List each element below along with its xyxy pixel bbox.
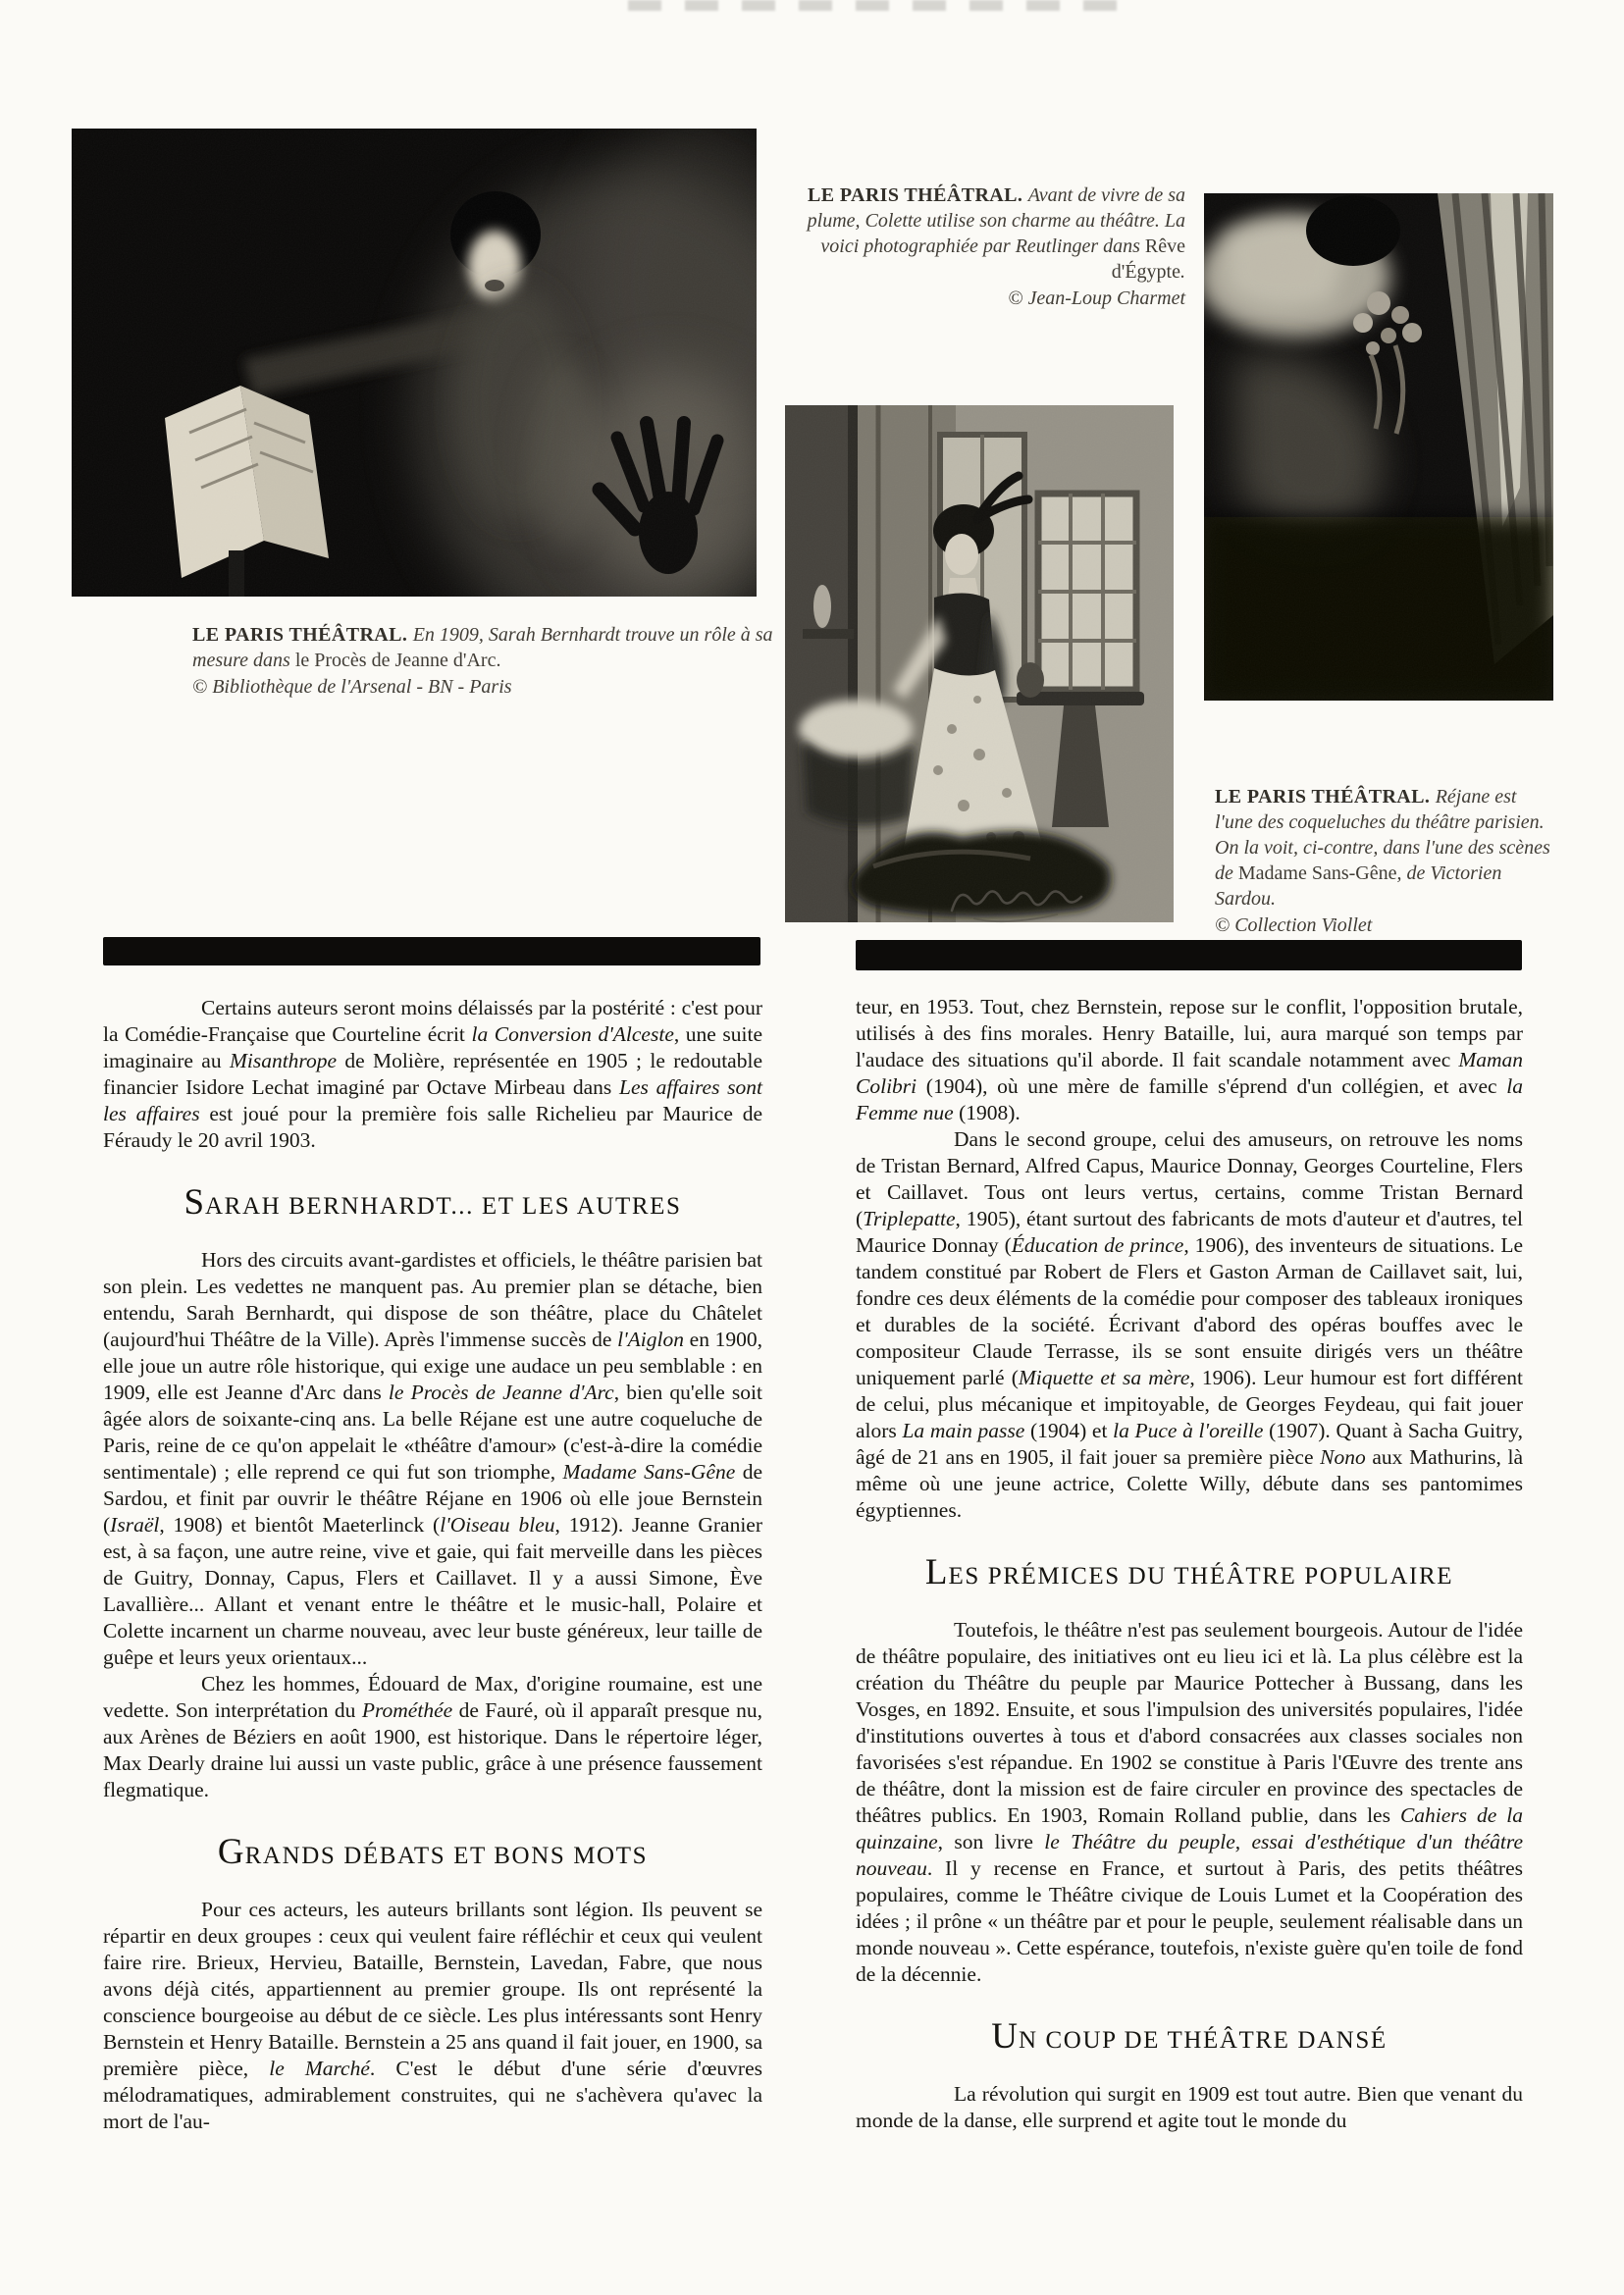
caption-rejane: LE PARIS THÉÂTRAL. Réjane est l'une des …	[1215, 784, 1550, 938]
paragraph-hommes: Chez les hommes, Édouard de Max, d'origi…	[103, 1671, 762, 1803]
heading-theatre-populaire: LES PRÉMICES DU THÉÂTRE POPULAIRE	[856, 1559, 1523, 1590]
page-top-scan-artifact	[628, 0, 1119, 11]
divider-bar-right	[856, 940, 1522, 970]
heading-sarah-bernhardt: SARAH BERNHARDT... ET LES AUTRES	[103, 1189, 762, 1220]
caption-colette-text: LE PARIS THÉÂTRAL. Avant de vivre de sa …	[780, 183, 1185, 285]
column-left: Certains auteurs seront moins délaissés …	[103, 995, 762, 2135]
heading-coup-de-theatre: UN COUP DE THÉÂTRE DANSÉ	[856, 2023, 1523, 2054]
divider-bar-left	[103, 937, 760, 965]
caption-bernhardt-text: LE PARIS THÉÂTRAL. En 1909, Sarah Bernha…	[192, 622, 785, 673]
caption-bernhardt: LE PARIS THÉÂTRAL. En 1909, Sarah Bernha…	[192, 622, 785, 700]
photo-sarah-bernhardt	[72, 129, 757, 597]
caption-rejane-text: LE PARIS THÉÂTRAL. Réjane est l'une des …	[1215, 784, 1550, 912]
paragraph-bernstein-suite: teur, en 1953. Tout, chez Bernstein, rep…	[856, 994, 1523, 1126]
caption-bernhardt-credit: © Bibliothèque de l'Arsenal - BN - Paris	[192, 674, 785, 700]
heading-grands-debats: GRANDS DÉBATS ET BONS MOTS	[103, 1839, 762, 1869]
photo-colette	[785, 405, 1174, 922]
paragraph-vedettes: Hors des circuits avant-gardistes et off…	[103, 1247, 762, 1671]
caption-colette-credit: © Jean-Loup Charmet	[780, 286, 1185, 311]
caption-rejane-credit: © Collection Viollet	[1215, 913, 1550, 938]
paragraph-posterite: Certains auteurs seront moins délaissés …	[103, 995, 762, 1154]
photo-rejane	[1204, 193, 1553, 701]
caption-colette: LE PARIS THÉÂTRAL. Avant de vivre de sa …	[780, 183, 1185, 311]
paragraph-revolution-danse: La révolution qui surgit en 1909 est tou…	[856, 2081, 1523, 2134]
paragraph-theatre-populaire: Toutefois, le théâtre n'est pas seulemen…	[856, 1617, 1523, 1988]
paragraph-auteurs: Pour ces acteurs, les auteurs brillants …	[103, 1897, 762, 2135]
photo-signature	[944, 871, 1091, 928]
column-right: teur, en 1953. Tout, chez Bernstein, rep…	[856, 994, 1523, 2134]
page: LE PARIS THÉÂTRAL. En 1909, Sarah Bernha…	[0, 0, 1624, 2295]
paragraph-amuseurs: Dans le second groupe, celui des amuseur…	[856, 1126, 1523, 1524]
